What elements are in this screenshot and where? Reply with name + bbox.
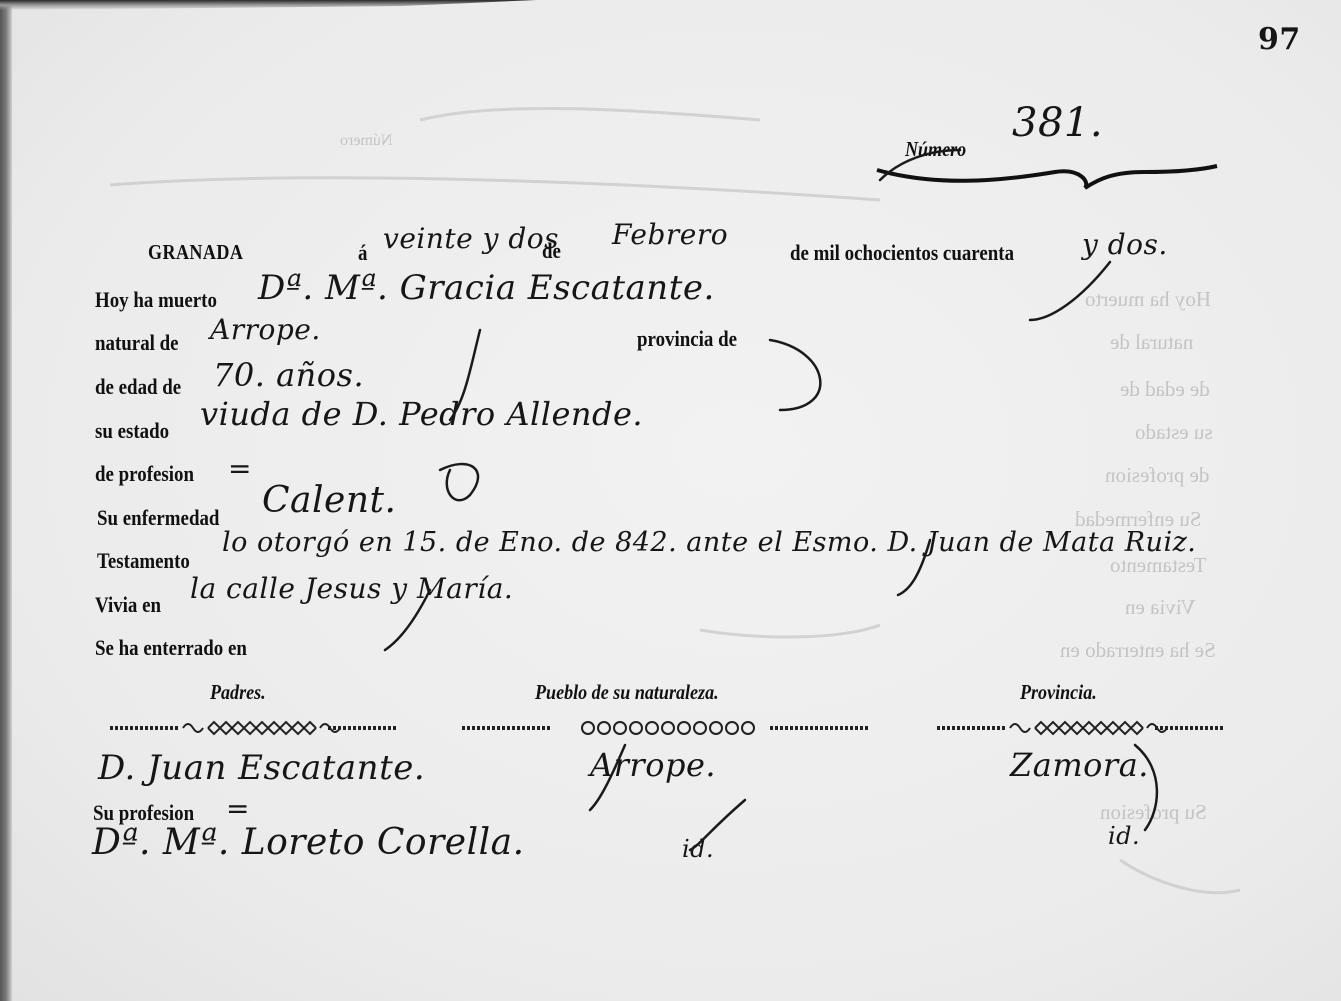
register-page: Número Hoy ha muerto natural de de edad … xyxy=(0,0,1341,1001)
pen-strokes xyxy=(0,0,1341,1001)
